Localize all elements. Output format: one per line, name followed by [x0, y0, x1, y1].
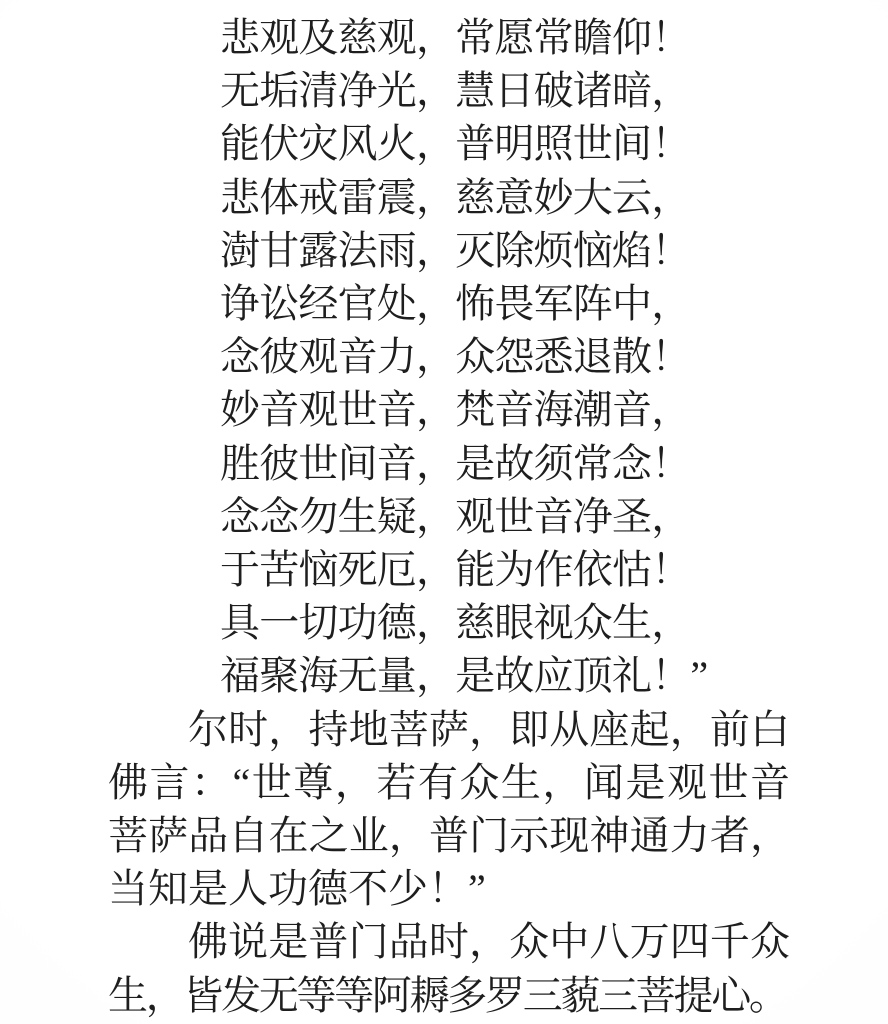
verse-block: 悲观及慈观，常愿常瞻仰！ 无垢清净光，慧日破诸暗， 能伏灾风火，普明照世间！ 悲…	[220, 11, 790, 703]
verse-line-13: 福聚海无量，是故应顶礼！”	[220, 649, 790, 702]
paragraph-2-line-2: 生，皆发无等等阿耨多罗三藐三菩提心。	[108, 969, 790, 1022]
sutra-text-page: 悲观及慈观，常愿常瞻仰！ 无垢清净光，慧日破诸暗， 能伏灾风火，普明照世间！ 悲…	[0, 0, 888, 1024]
verse-line-12: 具一切功德，慈眼视众生，	[220, 596, 790, 649]
verse-line-1: 悲观及慈观，常愿常瞻仰！	[220, 11, 790, 64]
verse-line-7: 念彼观音力，众怨悉退散！	[220, 330, 790, 383]
verse-line-6: 诤讼经官处，怖畏军阵中，	[220, 277, 790, 330]
paragraph-1-line-2: 佛言：“世尊，若有众生，闻是观世音	[108, 756, 790, 809]
verse-line-10: 念念勿生疑，观世音净圣，	[220, 490, 790, 543]
verse-line-11: 于苦恼死厄，能为作依怙！	[220, 543, 790, 596]
prose-paragraph-1: 尔时，持地菩萨，即从座起，前白 佛言：“世尊，若有众生，闻是观世音 菩萨品自在之…	[108, 703, 790, 916]
paragraph-1-line-1: 尔时，持地菩萨，即从座起，前白	[108, 703, 790, 756]
verse-line-2: 无垢清净光，慧日破诸暗，	[220, 64, 790, 117]
paragraph-1-line-3: 菩萨品自在之业，普门示现神通力者，	[108, 809, 790, 862]
verse-line-5: 澍甘露法雨，灭除烦恼焰！	[220, 224, 790, 277]
verse-line-4: 悲体戒雷震，慈意妙大云，	[220, 171, 790, 224]
prose-paragraph-2: 佛说是普门品时，众中八万四千众 生，皆发无等等阿耨多罗三藐三菩提心。	[108, 915, 790, 1021]
paragraph-2-line-1: 佛说是普门品时，众中八万四千众	[108, 915, 790, 968]
paragraph-1-line-4: 当知是人功德不少！”	[108, 862, 790, 915]
verse-line-9: 胜彼世间音，是故须常念！	[220, 437, 790, 490]
verse-line-3: 能伏灾风火，普明照世间！	[220, 117, 790, 170]
verse-line-8: 妙音观世音，梵音海潮音，	[220, 383, 790, 436]
